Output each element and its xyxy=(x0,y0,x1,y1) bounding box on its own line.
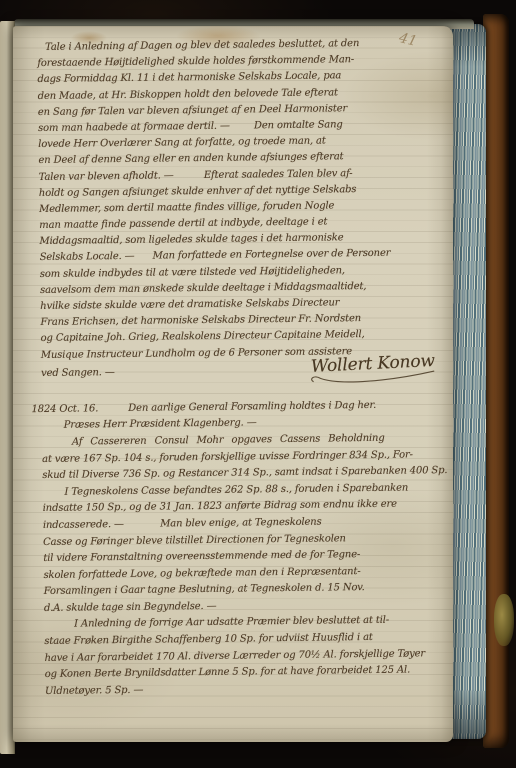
manuscript-line: ved Sangen. — xyxy=(41,365,115,382)
margin-date: 1824 Oct. 16. xyxy=(31,401,98,418)
manuscript-text: Tale i Anledning af Dagen og blev det sa… xyxy=(37,35,453,700)
manuscript-line: Den aarlige General Forsamling holdtes i… xyxy=(128,398,376,418)
book-clasp xyxy=(494,594,514,646)
signature: Wollert Konow xyxy=(308,351,437,386)
entry-1824-oct-16: 1824 Oct. 16. Den aarlige General Forsam… xyxy=(41,397,453,701)
manuscript-page: 41 Tale i Anledning af Dagen og blev det… xyxy=(13,26,453,742)
signature-row: ved Sangen. — Wollert Konow xyxy=(41,359,451,394)
entry-previous-meeting: Tale i Anledning af Dagen og blev det sa… xyxy=(37,35,451,394)
photographed-book-scene: 41 Tale i Anledning af Dagen og blev det… xyxy=(0,0,516,768)
